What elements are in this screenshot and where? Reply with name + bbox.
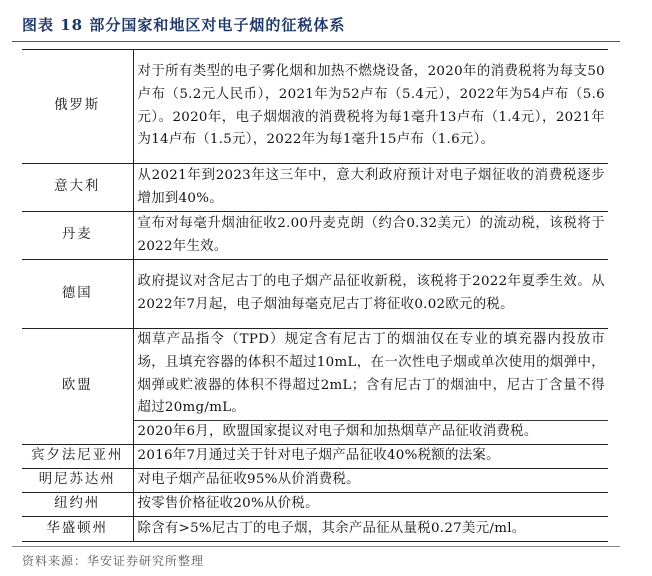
table-row: 意大利 从2021年到2023年这三年中，意大利政府预计对电子烟征收的消费税逐步… [22, 164, 608, 212]
region-cell: 宾夕法尼亚州 [22, 444, 133, 468]
description-cell: 宣布对每毫升烟油征收2.00丹麦克朗（约合0.32美元）的流动税，该税将于202… [133, 212, 608, 260]
description-cell: 对电子烟产品征收95%从价消费税。 [133, 468, 608, 492]
description-cell: 除含有>5%尼古丁的电子烟，其余产品征从量税0.27美元/ml。 [133, 516, 608, 541]
description-cell: 对于所有类型的电子雾化烟和加热不燃烧设备，2020年的消费税将为每支50卢布（5… [133, 50, 608, 164]
table-row: 宾夕法尼亚州 2016年7月通过关于针对电子烟产品征收40%税额的法案。 [22, 444, 608, 468]
table-row: 纽约州 按零售价格征收20%从价税。 [22, 492, 608, 516]
region-cell: 德国 [22, 260, 133, 329]
description-cell: 2020年6月，欧盟国家提议对电子烟和加热烟草产品征收消费税。 [133, 421, 608, 445]
region-cell: 丹麦 [22, 212, 133, 260]
region-cell: 意大利 [22, 164, 133, 212]
region-cell: 欧盟 [22, 329, 133, 445]
table-row: 丹麦 宣布对每毫升烟油征收2.00丹麦克朗（约合0.32美元）的流动税，该税将于… [22, 212, 608, 260]
description-cell: 从2021年到2023年这三年中，意大利政府预计对电子烟征收的消费税逐步增加到4… [133, 164, 608, 212]
table-row: 明尼苏达州 对电子烟产品征收95%从价消费税。 [22, 468, 608, 492]
region-cell: 华盛顿州 [22, 516, 133, 541]
description-cell: 按零售价格征收20%从价税。 [133, 492, 608, 516]
figure-title: 图表 18 部分国家和地区对电子烟的征税体系 [22, 14, 345, 35]
region-cell: 纽约州 [22, 492, 133, 516]
bottom-divider [12, 546, 620, 547]
table-row: 华盛顿州 除含有>5%尼古丁的电子烟，其余产品征从量税0.27美元/ml。 [22, 516, 608, 541]
region-cell: 俄罗斯 [22, 50, 133, 164]
description-cell: 2016年7月通过关于针对电子烟产品征收40%税额的法案。 [133, 444, 608, 468]
tax-system-table: 俄罗斯 对于所有类型的电子雾化烟和加热不燃烧设备，2020年的消费税将为每支50… [22, 49, 608, 542]
title-divider [12, 41, 620, 42]
description-cell: 政府提议对含尼古丁的电子烟产品征收新税，该税将于2022年夏季生效。从2022年… [133, 260, 608, 329]
table-row: 德国 政府提议对含尼古丁的电子烟产品征收新税，该税将于2022年夏季生效。从20… [22, 260, 608, 329]
description-cell: 烟草产品指令（TPD）规定含有尼古丁的烟油仅在专业的填充器内投放市场，且填充容器… [133, 329, 608, 421]
source-note: 资料来源：华安证券研究所整理 [22, 552, 204, 569]
table-row: 欧盟 烟草产品指令（TPD）规定含有尼古丁的烟油仅在专业的填充器内投放市场，且填… [22, 329, 608, 421]
region-cell: 明尼苏达州 [22, 468, 133, 492]
table-row: 俄罗斯 对于所有类型的电子雾化烟和加热不燃烧设备，2020年的消费税将为每支50… [22, 50, 608, 164]
